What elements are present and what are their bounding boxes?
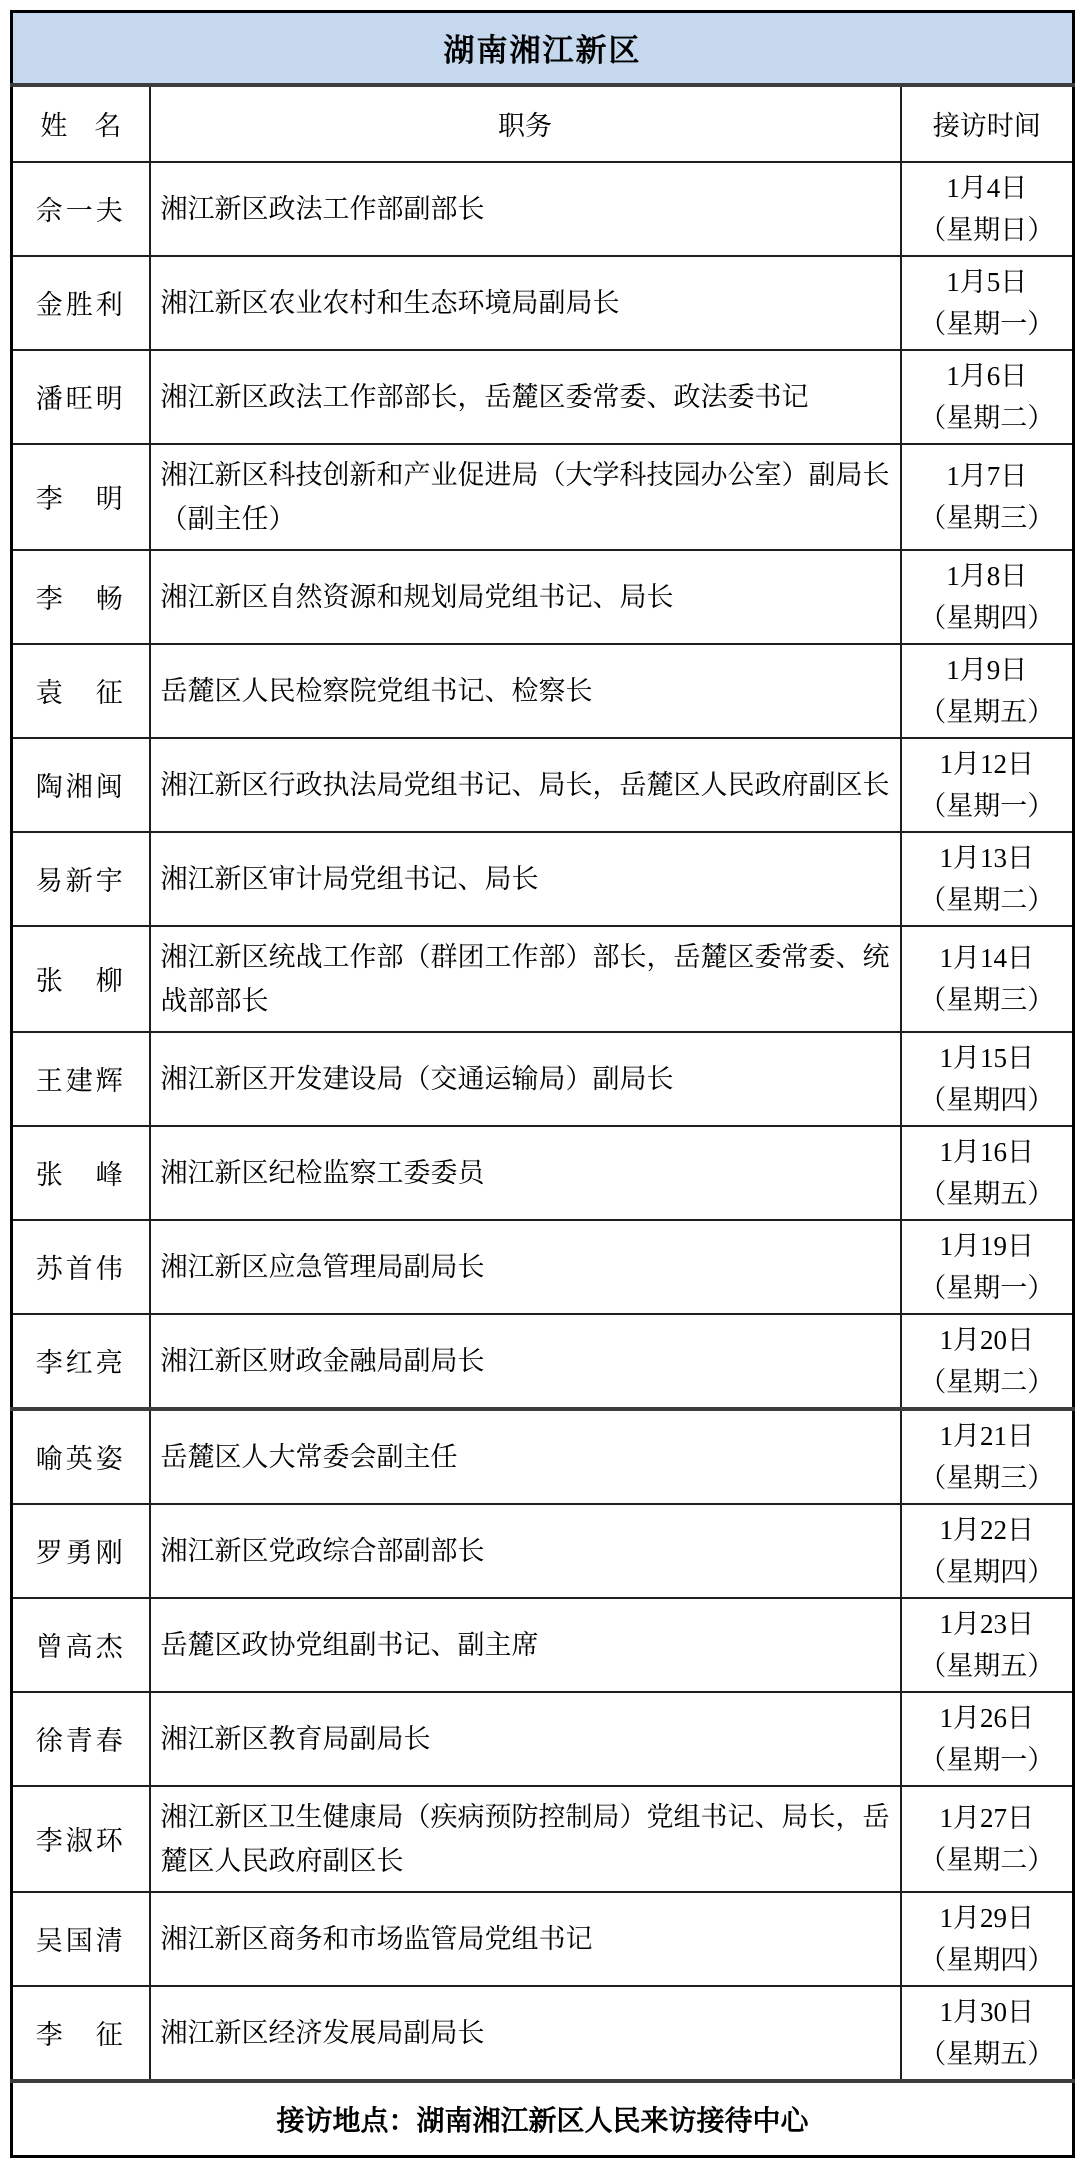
- visit-date: 1月6日: [904, 355, 1071, 397]
- column-header-row: 姓 名 职务 接访时间: [12, 85, 1074, 162]
- visit-date: 1月7日: [904, 455, 1071, 497]
- official-name: 曾高杰: [12, 1598, 150, 1692]
- official-position: 岳麓区政协党组副书记、副主席: [150, 1598, 901, 1692]
- official-position: 湘江新区经济发展局副局长: [150, 1986, 901, 2081]
- visit-date: 1月5日: [904, 261, 1071, 303]
- official-position: 湘江新区应急管理局副局长: [150, 1220, 901, 1314]
- official-name: 徐青春: [12, 1692, 150, 1786]
- visit-weekday: （星期三）: [904, 1457, 1071, 1499]
- official-name: 袁 征: [12, 644, 150, 738]
- visit-time-cell: 1月23日 （星期五）: [901, 1598, 1074, 1692]
- visit-weekday: （星期二）: [904, 1839, 1071, 1881]
- visit-time-cell: 1月12日 （星期一）: [901, 738, 1074, 832]
- visit-weekday: （星期二）: [904, 879, 1071, 921]
- official-position: 湘江新区自然资源和规划局党组书记、局长: [150, 550, 901, 644]
- visit-date: 1月29日: [904, 1897, 1071, 1939]
- table-row: 李红亮 湘江新区财政金融局副局长 1月20日 （星期二）: [12, 1314, 1074, 1409]
- table-row: 易新宇 湘江新区审计局党组书记、局长 1月13日 （星期二）: [12, 832, 1074, 926]
- visit-weekday: （星期四）: [904, 1551, 1071, 1593]
- reception-location: 接访地点：湖南湘江新区人民来访接待中心: [12, 2081, 1074, 2157]
- official-position: 湘江新区党政综合部副部长: [150, 1504, 901, 1598]
- visit-date: 1月26日: [904, 1697, 1071, 1739]
- visit-weekday: （星期四）: [904, 1939, 1071, 1981]
- official-position: 湘江新区行政执法局党组书记、局长，岳麓区人民政府副区长: [150, 738, 901, 832]
- visit-weekday: （星期四）: [904, 1079, 1071, 1121]
- column-header-name: 姓 名: [12, 85, 150, 162]
- title-row: 湖南湘江新区: [12, 12, 1074, 85]
- visit-weekday: （星期二）: [904, 1361, 1071, 1403]
- table-row: 徐青春 湘江新区教育局副局长 1月26日 （星期一）: [12, 1692, 1074, 1786]
- visit-date: 1月8日: [904, 555, 1071, 597]
- official-name: 苏首伟: [12, 1220, 150, 1314]
- visit-date: 1月13日: [904, 837, 1071, 879]
- official-name: 李 畅: [12, 550, 150, 644]
- visit-weekday: （星期五）: [904, 1645, 1071, 1687]
- table-row: 李 征 湘江新区经济发展局副局长 1月30日 （星期五）: [12, 1986, 1074, 2081]
- table-row: 苏首伟 湘江新区应急管理局副局长 1月19日 （星期一）: [12, 1220, 1074, 1314]
- official-name: 陶湘闽: [12, 738, 150, 832]
- column-header-time: 接访时间: [901, 85, 1074, 162]
- table-row: 张 峰 湘江新区纪检监察工委委员 1月16日 （星期五）: [12, 1126, 1074, 1220]
- visit-time-cell: 1月20日 （星期二）: [901, 1314, 1074, 1409]
- table-row: 李 明 湘江新区科技创新和产业促进局（大学科技园办公室）副局长（副主任） 1月7…: [12, 444, 1074, 550]
- visit-time-cell: 1月26日 （星期一）: [901, 1692, 1074, 1786]
- visit-time-cell: 1月19日 （星期一）: [901, 1220, 1074, 1314]
- visit-weekday: （星期日）: [904, 209, 1071, 251]
- table-row: 喻英姿 岳麓区人大常委会副主任 1月21日 （星期三）: [12, 1409, 1074, 1504]
- visit-weekday: （星期一）: [904, 785, 1071, 827]
- official-position: 湘江新区科技创新和产业促进局（大学科技园办公室）副局长（副主任）: [150, 444, 901, 550]
- table-row: 潘旺明 湘江新区政法工作部部长，岳麓区委常委、政法委书记 1月6日 （星期二）: [12, 350, 1074, 444]
- table-row: 金胜利 湘江新区农业农村和生态环境局副局长 1月5日 （星期一）: [12, 256, 1074, 350]
- visit-time-cell: 1月30日 （星期五）: [901, 1986, 1074, 2081]
- official-position: 湘江新区卫生健康局（疾病预防控制局）党组书记、局长，岳麓区人民政府副区长: [150, 1786, 901, 1892]
- visit-date: 1月27日: [904, 1797, 1071, 1839]
- official-name: 李 明: [12, 444, 150, 550]
- visit-weekday: （星期一）: [904, 1739, 1071, 1781]
- visit-time-cell: 1月21日 （星期三）: [901, 1409, 1074, 1504]
- official-position: 湘江新区政法工作部副部长: [150, 162, 901, 256]
- document-page: 湖南湘江新区 姓 名 职务 接访时间 佘一夫 湘江新区政法工作部副部长 1月4日…: [0, 0, 1080, 2043]
- visit-time-cell: 1月13日 （星期二）: [901, 832, 1074, 926]
- visit-date: 1月19日: [904, 1225, 1071, 1267]
- column-header-position: 职务: [150, 85, 901, 162]
- table-row: 陶湘闽 湘江新区行政执法局党组书记、局长，岳麓区人民政府副区长 1月12日 （星…: [12, 738, 1074, 832]
- table-row: 张 柳 湘江新区统战工作部（群团工作部）部长，岳麓区委常委、统战部部长 1月14…: [12, 926, 1074, 1032]
- visit-weekday: （星期三）: [904, 979, 1071, 1021]
- official-name: 李 征: [12, 1986, 150, 2081]
- footer-row: 接访地点：湖南湘江新区人民来访接待中心: [12, 2081, 1074, 2157]
- table-row: 曾高杰 岳麓区政协党组副书记、副主席 1月23日 （星期五）: [12, 1598, 1074, 1692]
- official-position: 湘江新区教育局副局长: [150, 1692, 901, 1786]
- visit-weekday: （星期三）: [904, 497, 1071, 539]
- visit-time-cell: 1月4日 （星期日）: [901, 162, 1074, 256]
- visit-date: 1月23日: [904, 1603, 1071, 1645]
- official-position: 湘江新区财政金融局副局长: [150, 1314, 901, 1409]
- table-row: 李淑环 湘江新区卫生健康局（疾病预防控制局）党组书记、局长，岳麓区人民政府副区长…: [12, 1786, 1074, 1892]
- visit-weekday: （星期五）: [904, 691, 1071, 733]
- table-row: 王建辉 湘江新区开发建设局（交通运输局）副局长 1月15日 （星期四）: [12, 1032, 1074, 1126]
- official-name: 佘一夫: [12, 162, 150, 256]
- official-name: 金胜利: [12, 256, 150, 350]
- visit-date: 1月9日: [904, 649, 1071, 691]
- visit-weekday: （星期四）: [904, 597, 1071, 639]
- visit-time-cell: 1月9日 （星期五）: [901, 644, 1074, 738]
- visit-time-cell: 1月14日 （星期三）: [901, 926, 1074, 1032]
- visit-date: 1月20日: [904, 1319, 1071, 1361]
- official-position: 岳麓区人民检察院党组书记、检察长: [150, 644, 901, 738]
- visit-time-cell: 1月27日 （星期二）: [901, 1786, 1074, 1892]
- visit-time-cell: 1月29日 （星期四）: [901, 1892, 1074, 1986]
- visit-date: 1月21日: [904, 1415, 1071, 1457]
- visit-date: 1月14日: [904, 937, 1071, 979]
- visit-date: 1月15日: [904, 1037, 1071, 1079]
- official-name: 喻英姿: [12, 1409, 150, 1504]
- official-position: 岳麓区人大常委会副主任: [150, 1409, 901, 1504]
- visit-date: 1月12日: [904, 743, 1071, 785]
- official-name: 潘旺明: [12, 350, 150, 444]
- official-position: 湘江新区政法工作部部长，岳麓区委常委、政法委书记: [150, 350, 901, 444]
- official-position: 湘江新区开发建设局（交通运输局）副局长: [150, 1032, 901, 1126]
- visit-date: 1月16日: [904, 1131, 1071, 1173]
- official-position: 湘江新区审计局党组书记、局长: [150, 832, 901, 926]
- official-name: 王建辉: [12, 1032, 150, 1126]
- visit-time-cell: 1月8日 （星期四）: [901, 550, 1074, 644]
- visit-time-cell: 1月16日 （星期五）: [901, 1126, 1074, 1220]
- table-row: 佘一夫 湘江新区政法工作部副部长 1月4日 （星期日）: [12, 162, 1074, 256]
- visit-time-cell: 1月15日 （星期四）: [901, 1032, 1074, 1126]
- official-name: 李淑环: [12, 1786, 150, 1892]
- visit-date: 1月22日: [904, 1509, 1071, 1551]
- visit-weekday: （星期五）: [904, 1173, 1071, 1215]
- visit-date: 1月30日: [904, 1991, 1071, 2033]
- reception-schedule-table: 湖南湘江新区 姓 名 职务 接访时间 佘一夫 湘江新区政法工作部副部长 1月4日…: [10, 10, 1075, 2158]
- official-position: 湘江新区农业农村和生态环境局副局长: [150, 256, 901, 350]
- official-position: 湘江新区纪检监察工委委员: [150, 1126, 901, 1220]
- visit-weekday: （星期一）: [904, 1267, 1071, 1309]
- official-position: 湘江新区商务和市场监管局党组书记: [150, 1892, 901, 1986]
- visit-time-cell: 1月22日 （星期四）: [901, 1504, 1074, 1598]
- visit-weekday: （星期二）: [904, 397, 1071, 439]
- table-row: 袁 征 岳麓区人民检察院党组书记、检察长 1月9日 （星期五）: [12, 644, 1074, 738]
- official-name: 罗勇刚: [12, 1504, 150, 1598]
- official-name: 吴国清: [12, 1892, 150, 1986]
- visit-weekday: （星期一）: [904, 303, 1071, 345]
- visit-time-cell: 1月5日 （星期一）: [901, 256, 1074, 350]
- official-position: 湘江新区统战工作部（群团工作部）部长，岳麓区委常委、统战部部长: [150, 926, 901, 1032]
- page-title: 湖南湘江新区: [12, 12, 1074, 85]
- official-name: 张 峰: [12, 1126, 150, 1220]
- table-row: 罗勇刚 湘江新区党政综合部副部长 1月22日 （星期四）: [12, 1504, 1074, 1598]
- schedule-rows: 佘一夫 湘江新区政法工作部副部长 1月4日 （星期日） 金胜利 湘江新区农业农村…: [12, 162, 1074, 2081]
- visit-weekday: （星期五）: [904, 2033, 1071, 2075]
- visit-time-cell: 1月6日 （星期二）: [901, 350, 1074, 444]
- official-name: 李红亮: [12, 1314, 150, 1409]
- official-name: 易新宇: [12, 832, 150, 926]
- official-name: 张 柳: [12, 926, 150, 1032]
- visit-time-cell: 1月7日 （星期三）: [901, 444, 1074, 550]
- table-row: 吴国清 湘江新区商务和市场监管局党组书记 1月29日 （星期四）: [12, 1892, 1074, 1986]
- table-row: 李 畅 湘江新区自然资源和规划局党组书记、局长 1月8日 （星期四）: [12, 550, 1074, 644]
- visit-date: 1月4日: [904, 167, 1071, 209]
